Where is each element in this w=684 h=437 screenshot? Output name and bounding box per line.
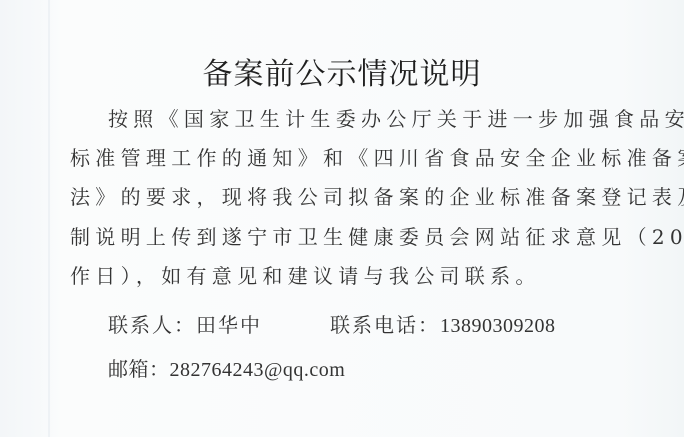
contact-line: 联系人：田华中 联系电话：13890309208 bbox=[108, 309, 262, 338]
document-page: 备案前公示情况说明 按照《国家卫生计生委办公厅关于进一步加强食品安全 标准管理工… bbox=[0, 0, 684, 437]
paragraph-line-2: 标准管理工作的通知》和《四川省食品安全企业标准备案办 bbox=[70, 142, 684, 171]
contact-phone-label: 联系电话： bbox=[330, 313, 440, 337]
paragraph-line-5: 作日），如有意见和建议请与我公司联系。 bbox=[70, 260, 541, 289]
email-line: 邮箱：282764243@qq.com bbox=[108, 353, 345, 382]
contact-person-name: 田华中 bbox=[196, 313, 262, 337]
contact-phone-number: 13890309208 bbox=[440, 315, 556, 337]
paragraph-line-4: 制说明上传到遂宁市卫生健康委员会网站征求意见（20 个工 bbox=[70, 221, 684, 250]
email-address: 282764243@qq.com bbox=[170, 359, 346, 381]
contact-person-label: 联系人： bbox=[108, 313, 196, 337]
document-title: 备案前公示情况说明 bbox=[0, 49, 684, 93]
contact-phone: 联系电话：13890309208 bbox=[330, 309, 556, 338]
paragraph-line-3: 法》的要求，现将我公司拟备案的企业标准备案登记表及编 bbox=[70, 181, 684, 210]
paragraph-line-1: 按照《国家卫生计生委办公厅关于进一步加强食品安全 bbox=[108, 103, 684, 132]
email-label: 邮箱： bbox=[108, 357, 170, 381]
